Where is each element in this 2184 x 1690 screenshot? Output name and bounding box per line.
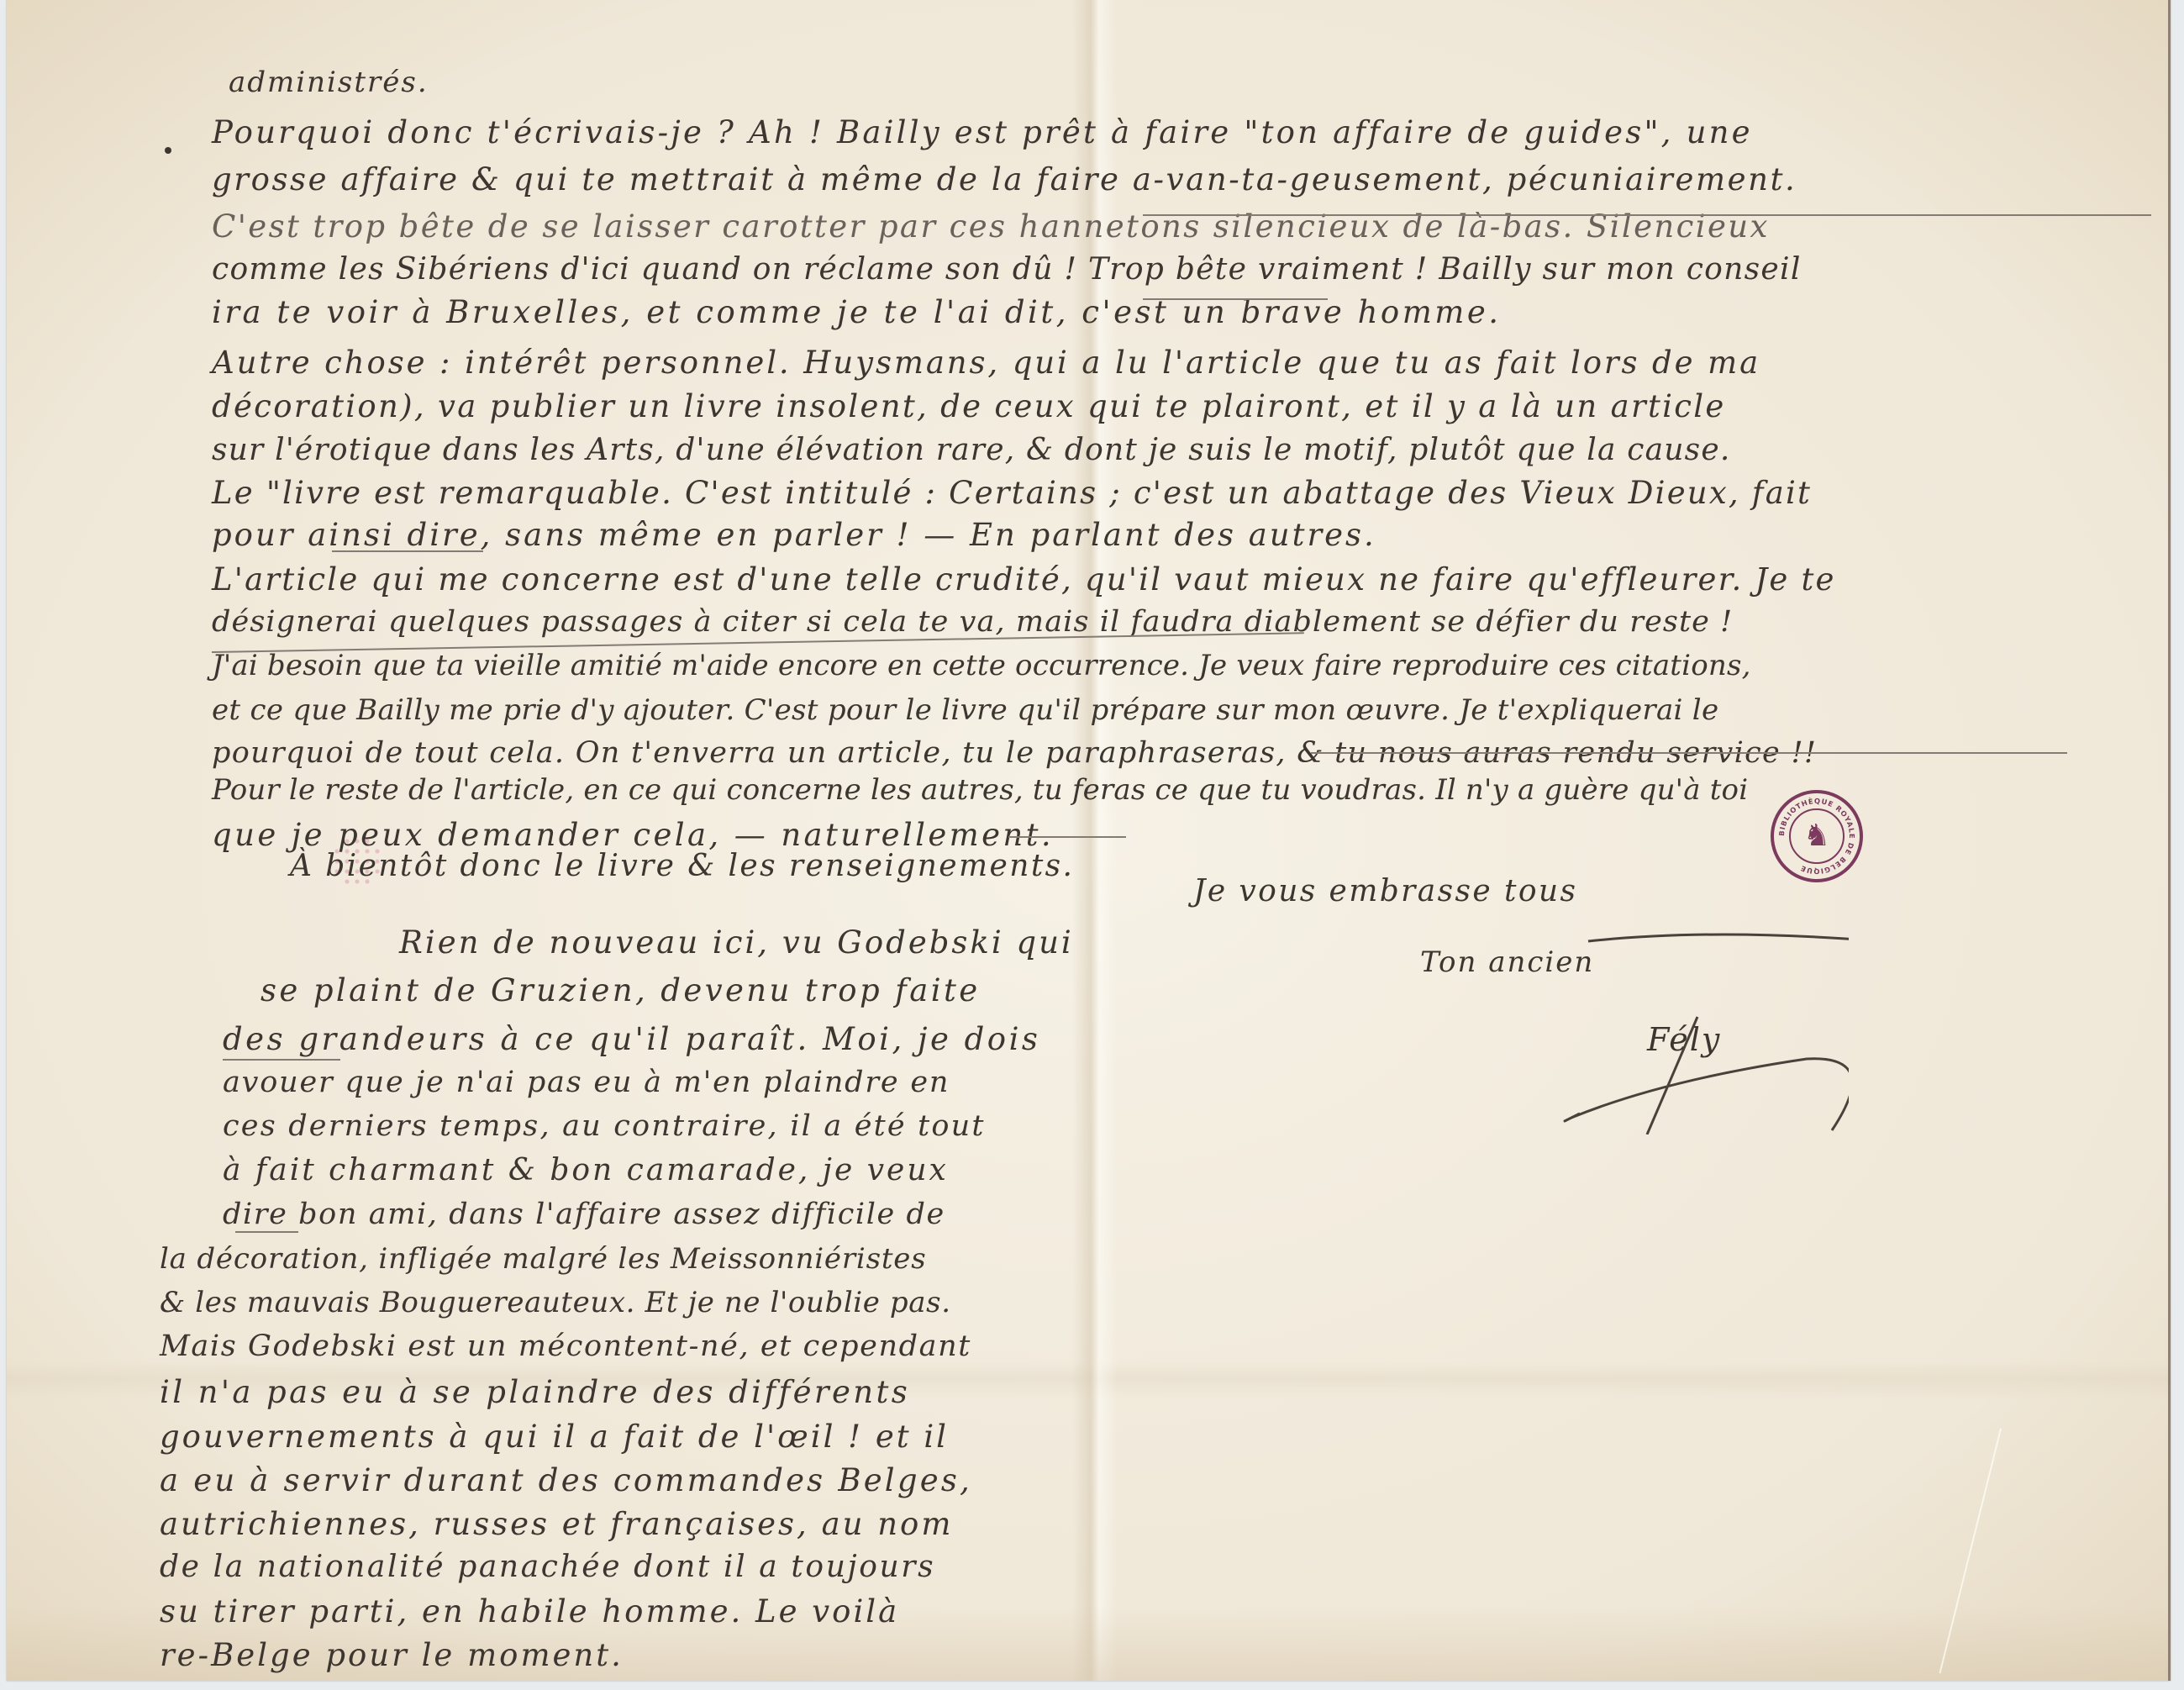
letter-line: Pour le reste de l'article, en ce qui co…	[212, 773, 1748, 807]
letter-line: comme les Sibériens d'ici quand on récla…	[212, 252, 1802, 287]
underline-rule	[223, 1059, 340, 1061]
letter-line: L'article qui me concerne est d'une tell…	[212, 561, 1836, 598]
separator-rule	[1008, 836, 1126, 838]
postscript-line: dire bon ami, dans l'affaire assez diffi…	[223, 1198, 945, 1231]
separator-rule	[1143, 298, 1328, 300]
underline-rule	[1311, 752, 2067, 754]
postscript-line: de la nationalité panachée dont il a tou…	[160, 1550, 935, 1584]
letter-line: désignerai quelques passages à citer si …	[212, 605, 1733, 639]
svg-text:BIBLIOTHÈQUE ROYALE DE BELGIQU: BIBLIOTHÈQUE ROYALE DE BELGIQUE	[1777, 796, 1856, 876]
postscript-line: ces derniers temps, au contraire, il a é…	[223, 1109, 986, 1143]
postscript-line: autrichiennes, russes et françaises, au …	[160, 1506, 953, 1542]
underline-rule	[332, 550, 483, 552]
postscript-line: la décoration, infligée malgré les Meiss…	[160, 1242, 926, 1276]
letter-line: Autre chose : intérêt personnel. Huysman…	[212, 345, 1760, 381]
postscript-line: gouvernements à qui il a fait de l'œil !…	[160, 1419, 949, 1455]
underline-rule	[1143, 214, 2151, 216]
underline-rule	[235, 1231, 298, 1233]
postscript-line: avouer que je n'ai pas eu à m'en plaindr…	[223, 1066, 950, 1099]
letter-line: décoration), va publier un livre insolen…	[212, 388, 1726, 424]
letter-line: Pourquoi donc t'écrivais-je ? Ah ! Baill…	[212, 114, 1753, 150]
letter-line: pour ainsi dire, sans même en parler ! —…	[212, 517, 1376, 553]
postscript-line: a eu à servir durant des commandes Belge…	[160, 1462, 972, 1498]
postscript-line: su tirer parti, en habile homme. Le voil…	[160, 1593, 899, 1629]
letter-line: administrés.	[229, 66, 429, 99]
postscript-line: se plaint de Gruzien, devenu trop faite	[261, 972, 981, 1008]
postscript-line: Mais Godebski est un mécontent-né, et ce…	[160, 1329, 971, 1363]
letter-line: J'ai besoin que ta vieille amitié m'aide…	[212, 649, 1751, 682]
postscript-line: & les mauvais Bouguereauteux. Et je ne l…	[160, 1286, 951, 1319]
postscript-line: des grandeurs à ce qu'il paraît. Moi, je…	[223, 1021, 1040, 1057]
letter-line: Le "livre est remarquable. C'est intitul…	[212, 475, 1812, 511]
library-stamp: BIBLIOTHÈQUE ROYALE DE BELGIQUE ♞	[1771, 790, 1863, 882]
closing-line: Je vous embrasse tous	[1193, 874, 1577, 908]
postscript-line: re-Belge pour le moment.	[160, 1637, 624, 1673]
letter-line: sur l'érotique dans les Arts, d'une élév…	[212, 433, 1731, 467]
stamp-ring-text: BIBLIOTHÈQUE ROYALE DE BELGIQUE	[1774, 793, 1860, 879]
margin-dot	[165, 147, 171, 154]
postscript-line: à fait charmant & bon camarade, je veux	[223, 1153, 949, 1187]
postscript-line: il n'a pas eu à se plaindre des différen…	[160, 1374, 910, 1410]
postscript-line: Rien de nouveau ici, vu Godebski qui	[399, 924, 1074, 961]
letter-line: et ce que Bailly me prie d'y ajouter. C'…	[212, 693, 1718, 727]
letter-line: À bientôt donc le livre & les renseignem…	[290, 849, 1074, 883]
signature-flourish	[1496, 916, 1849, 1135]
letter-line: grosse affaire & qui te mettrait à même …	[212, 161, 1797, 197]
